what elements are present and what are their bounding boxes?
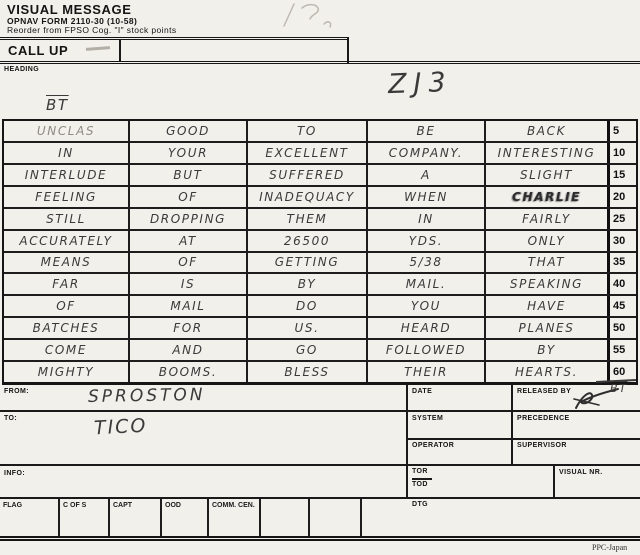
print-credit: PPC-Japan bbox=[592, 543, 627, 552]
word-cell: THAT bbox=[484, 253, 607, 273]
from-label: FROM: bbox=[4, 388, 29, 395]
tor-label: TOR bbox=[412, 468, 428, 475]
flag-label: FLAG bbox=[3, 502, 22, 509]
word-cell: AT bbox=[128, 231, 246, 251]
word-cell: THEM bbox=[246, 209, 366, 229]
message-row: ACCURATELY AT 26500 YDS. ONLY 30 bbox=[4, 229, 636, 251]
word-cell: INADEQUACY bbox=[246, 187, 366, 207]
message-row: BATCHES FOR US. HEARD PLANES 50 bbox=[4, 316, 636, 338]
word-cell: YDS. bbox=[366, 231, 484, 251]
word-count-cell: 10 bbox=[607, 143, 636, 163]
visual-message-form: VISUAL MESSAGE OPNAV FORM 2110-30 (10-58… bbox=[0, 0, 640, 555]
c-of-s-label: C OF S bbox=[63, 502, 86, 509]
word-count-cell: 45 bbox=[607, 296, 636, 316]
to-value-handwritten: TICO bbox=[93, 415, 148, 440]
released-by-prosign-handwritten: BT bbox=[610, 382, 627, 395]
from-value-handwritten: SPROSTON bbox=[88, 385, 206, 407]
operator-label: OPERATOR bbox=[412, 442, 454, 449]
system-label: SYSTEM bbox=[412, 415, 443, 422]
word-cell: BE bbox=[366, 121, 484, 141]
prosign-bt-handwritten: BT bbox=[46, 96, 69, 114]
word-cell: PLANES bbox=[484, 318, 607, 338]
message-row: MIGHTY BOOMS. BLESS THEIR HEARTS. 60 bbox=[4, 360, 636, 382]
word-cell: GETTING bbox=[246, 253, 366, 273]
word-count-cell: 55 bbox=[607, 340, 636, 360]
word-cell: SLIGHT bbox=[484, 165, 607, 185]
footer-rule bbox=[553, 466, 555, 499]
word-cell: HEARD bbox=[366, 318, 484, 338]
capt-label: CAPT bbox=[113, 502, 132, 509]
footer-rule bbox=[0, 464, 640, 466]
word-cell: MIGHTY bbox=[4, 362, 128, 382]
heading-callsign-handwritten: ZJ3 bbox=[387, 67, 453, 100]
word-cell: MAIL bbox=[128, 296, 246, 316]
heading-label: HEADING bbox=[4, 66, 39, 73]
word-cell: MAIL. bbox=[366, 274, 484, 294]
message-row: FAR IS BY MAIL. SPEAKING 40 bbox=[4, 272, 636, 294]
word-cell: IN bbox=[366, 209, 484, 229]
word-cell: OF bbox=[128, 253, 246, 273]
footer-rule bbox=[0, 410, 640, 412]
word-cell: MEANS bbox=[4, 253, 128, 273]
ood-label: OOD bbox=[165, 502, 181, 509]
check-cell-capt: CAPT bbox=[108, 499, 160, 537]
word-cell: HAVE bbox=[484, 296, 607, 316]
footer-rule bbox=[406, 385, 408, 499]
message-row: INTERLUDE BUT SUFFERED A SLIGHT 15 bbox=[4, 163, 636, 185]
word-cell: BLESS bbox=[246, 362, 366, 382]
word-cell: IS bbox=[128, 274, 246, 294]
word-cell: SUFFERED bbox=[246, 165, 366, 185]
word-cell: IN bbox=[4, 143, 128, 163]
word-cell: US. bbox=[246, 318, 366, 338]
form-title: VISUAL MESSAGE bbox=[7, 2, 131, 17]
word-cell: COME bbox=[4, 340, 128, 360]
word-cell: BY bbox=[484, 340, 607, 360]
word-cell: HEARTS. bbox=[484, 362, 607, 382]
call-up-top-rule bbox=[0, 37, 349, 40]
word-count-cell: 20 bbox=[607, 187, 636, 207]
tor-tod-divider bbox=[412, 478, 432, 480]
pencil-smudge-icon bbox=[278, 0, 338, 32]
message-row: UNCLAS GOOD TO BE BACK 5 bbox=[4, 121, 636, 141]
message-row: COME AND GO FOLLOWED BY 55 bbox=[4, 338, 636, 360]
check-cell-comm-cen: COMM. CEN. bbox=[207, 499, 259, 537]
word-cell: EXCELLENT bbox=[246, 143, 366, 163]
supervisor-label: SUPERVISOR bbox=[517, 442, 567, 449]
check-cell-ood: OOD bbox=[160, 499, 207, 537]
word-cell: DROPPING bbox=[128, 209, 246, 229]
word-cell: A bbox=[366, 165, 484, 185]
word-cell: FOR bbox=[128, 318, 246, 338]
heading-rule bbox=[0, 61, 640, 64]
message-row: STILL DROPPING THEM IN FAIRLY 25 bbox=[4, 207, 636, 229]
word-cell: BUT bbox=[128, 165, 246, 185]
check-cell-empty bbox=[259, 499, 308, 537]
call-up-right-edge bbox=[347, 37, 349, 63]
word-count-cell: 25 bbox=[607, 209, 636, 229]
word-cell: BATCHES bbox=[4, 318, 128, 338]
word-cell: COMPANY. bbox=[366, 143, 484, 163]
word-count-cell: 40 bbox=[607, 274, 636, 294]
to-label: TO: bbox=[4, 415, 17, 422]
message-row: IN YOUR EXCELLENT COMPANY. INTERESTING 1… bbox=[4, 141, 636, 163]
word-cell: GO bbox=[246, 340, 366, 360]
message-word-table: UNCLAS GOOD TO BE BACK 5 IN YOUR EXCELLE… bbox=[2, 119, 638, 385]
bottom-rule bbox=[0, 536, 640, 541]
word-cell: FEELING bbox=[4, 187, 128, 207]
word-cell: 5/38 bbox=[366, 253, 484, 273]
tod-label: TOD bbox=[412, 481, 428, 488]
word-cell: AND bbox=[128, 340, 246, 360]
word-cell: INTERESTING bbox=[484, 143, 607, 163]
word-cell: DO bbox=[246, 296, 366, 316]
pencil-smudge-icon bbox=[86, 46, 110, 51]
word-cell: YOUR bbox=[128, 143, 246, 163]
word-count-cell: 35 bbox=[607, 253, 636, 273]
word-count-cell: 30 bbox=[607, 231, 636, 251]
word-cell: OF bbox=[128, 187, 246, 207]
word-cell: OF bbox=[4, 296, 128, 316]
message-row: OF MAIL DO YOU HAVE 45 bbox=[4, 294, 636, 316]
dtg-label: DTG bbox=[412, 501, 428, 508]
word-cell: ACCURATELY bbox=[4, 231, 128, 251]
info-label: INFO: bbox=[4, 470, 25, 477]
reorder-note: Reorder from FPSO Cog. "I" stock points bbox=[7, 25, 177, 35]
check-cell-cofs: C OF S bbox=[58, 499, 108, 537]
precedence-label: PRECEDENCE bbox=[517, 415, 570, 422]
word-count-cell: 15 bbox=[607, 165, 636, 185]
footer-rule bbox=[407, 438, 640, 440]
word-cell: FOLLOWED bbox=[366, 340, 484, 360]
check-cell-empty bbox=[360, 499, 407, 537]
message-row: MEANS OF GETTING 5/38 THAT 35 bbox=[4, 251, 636, 273]
word-cell: ONLY bbox=[484, 231, 607, 251]
word-cell: 26500 bbox=[246, 231, 366, 251]
word-cell: WHEN bbox=[366, 187, 484, 207]
word-cell: TO bbox=[246, 121, 366, 141]
word-cell: STILL bbox=[4, 209, 128, 229]
word-cell: FAIRLY bbox=[484, 209, 607, 229]
date-label: DATE bbox=[412, 388, 432, 395]
word-cell: BY bbox=[246, 274, 366, 294]
word-cell: FAR bbox=[4, 274, 128, 294]
released-by-label: RELEASED BY bbox=[517, 388, 571, 395]
word-count-cell: 5 bbox=[607, 121, 636, 141]
call-up-divider bbox=[119, 40, 121, 62]
message-row: FEELING OF INADEQUACY WHEN CHARLIE 20 bbox=[4, 185, 636, 207]
comm-cen-label: COMM. CEN. bbox=[212, 502, 255, 509]
footer-rule bbox=[511, 385, 513, 466]
word-cell: YOU bbox=[366, 296, 484, 316]
check-cell-empty bbox=[308, 499, 360, 537]
word-cell: BOOMS. bbox=[128, 362, 246, 382]
word-cell-overwritten: CHARLIE bbox=[484, 187, 607, 207]
call-up-label: CALL UP bbox=[8, 43, 68, 58]
word-cell: THEIR bbox=[366, 362, 484, 382]
check-cell-flag: FLAG bbox=[0, 499, 58, 537]
word-cell: GOOD bbox=[128, 121, 246, 141]
word-cell: INTERLUDE bbox=[4, 165, 128, 185]
visual-nr-label: VISUAL NR. bbox=[559, 469, 603, 476]
word-cell: UNCLAS bbox=[4, 121, 128, 141]
word-count-cell: 50 bbox=[607, 318, 636, 338]
word-cell: SPEAKING bbox=[484, 274, 607, 294]
word-cell: BACK bbox=[484, 121, 607, 141]
